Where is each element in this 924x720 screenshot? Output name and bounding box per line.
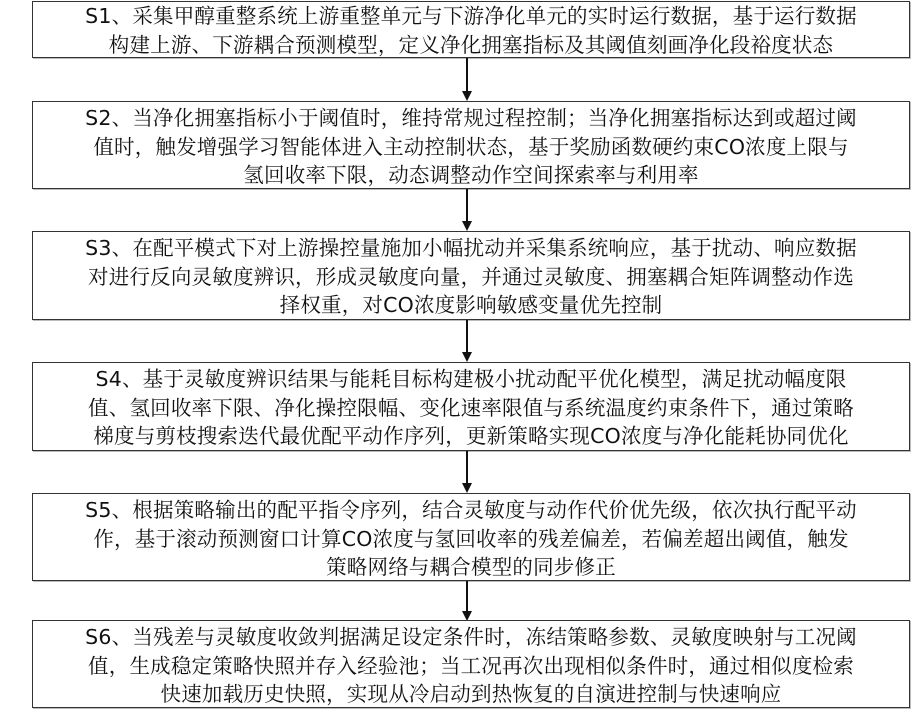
step-s6-line-3: 快速加载历史快照，实现从冷启动到热恢复的自演进控制与快速响应 [43,680,899,709]
arrow-down-icon [466,581,468,619]
step-s4-line-2: 值、氢回收率下限、净化操控限幅、变化速率限值与系统温度约束条件下，通过策略 [43,394,899,423]
step-box-s6: S6、当残差与灵敏度收敛判据满足设定条件时，冻结策略参数、灵敏度映射与工况阈 值… [32,620,910,708]
flowchart: S1、采集甲醇重整系统上游重整单元与下游净化单元的实时运行数据，基于运行数据 构… [0,0,924,720]
step-box-s2: S2、当净化拥塞指标小于阈值时，维持常规过程控制；当净化拥塞指标达到或超过阈 值… [32,101,910,189]
step-box-s5: S5、根据策略输出的配平指令序列，结合灵敏度与动作代价优先级，依次执行配平动 作… [32,493,910,581]
step-s1-line-1: S1、采集甲醇重整系统上游重整单元与下游净化单元的实时运行数据，基于运行数据 [43,2,899,31]
step-s2-line-2: 值时，触发增强学习智能体进入主动控制状态，基于奖励函数硬约束CO浓度上限与 [43,133,899,162]
step-s4-line-3: 梯度与剪枝搜索迭代最优配平动作序列，更新策略实现CO浓度与净化能耗协同优化 [43,422,899,451]
arrow-down-icon [466,320,468,360]
step-s5-line-3: 策略网络与耦合模型的同步修正 [43,553,899,582]
step-s2-line-3: 氢回收率下限，动态调整动作空间探索率与利用率 [43,161,899,190]
step-s6-line-1: S6、当残差与灵敏度收敛判据满足设定条件时，冻结策略参数、灵敏度映射与工况阈 [43,623,899,652]
step-s3-line-2: 对进行反向灵敏度辨识，形成灵敏度向量，并通过灵敏度、拥塞耦合矩阵调整动作选 [43,263,899,292]
step-s5-line-2: 作，基于滚动预测窗口计算CO浓度与氢回收率的残差偏差，若偏差超出阈值，触发 [43,525,899,554]
step-s4-line-1: S4、基于灵敏度辨识结果与能耗目标构建极小扰动配平优化模型，满足扰动幅度限 [43,365,899,394]
step-s2-line-1: S2、当净化拥塞指标小于阈值时，维持常规过程控制；当净化拥塞指标达到或超过阈 [43,104,899,133]
arrow-down-icon [466,189,468,229]
step-box-s4: S4、基于灵敏度辨识结果与能耗目标构建极小扰动配平优化模型，满足扰动幅度限 值、… [32,362,910,451]
step-s3-line-1: S3、在配平模式下对上游操控量施加小幅扰动并采集系统响应，基于扰动、响应数据 [43,234,899,263]
arrow-down-icon [466,451,468,491]
step-s6-line-2: 值，生成稳定策略快照并存入经验池；当工况再次出现相似条件时，通过相似度检索 [43,652,899,681]
arrow-down-icon [466,58,468,99]
step-s5-line-1: S5、根据策略输出的配平指令序列，结合灵敏度与动作代价优先级，依次执行配平动 [43,496,899,525]
step-box-s1: S1、采集甲醇重整系统上游重整单元与下游净化单元的实时运行数据，基于运行数据 构… [32,1,910,58]
step-s3-line-3: 择权重，对CO浓度影响敏感变量优先控制 [43,291,899,320]
step-box-s3: S3、在配平模式下对上游操控量施加小幅扰动并采集系统响应，基于扰动、响应数据 对… [32,231,910,320]
step-s1-line-2: 构建上游、下游耦合预测模型，定义净化拥塞指标及其阈值刻画净化段裕度状态 [43,31,899,60]
